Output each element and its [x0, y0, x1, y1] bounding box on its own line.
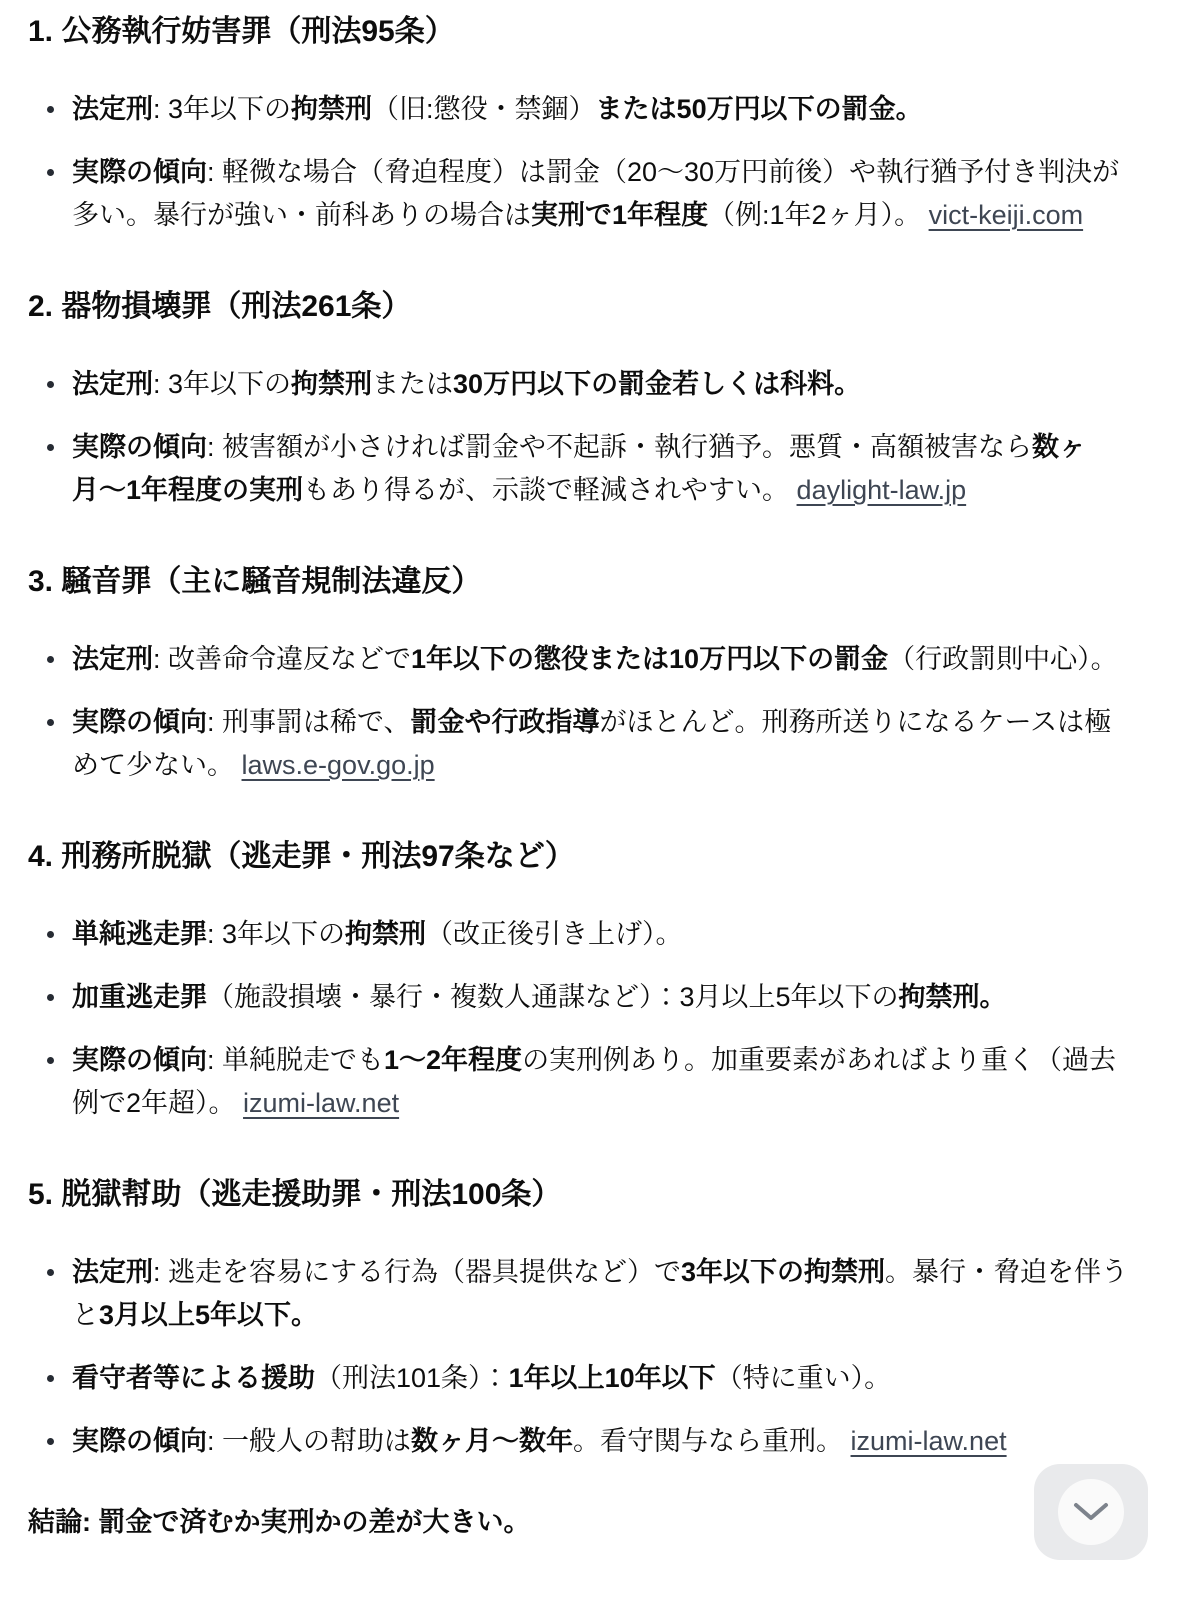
citation-link[interactable]: daylight-law.jp [797, 475, 967, 505]
citation-link[interactable]: izumi-law.net [243, 1088, 399, 1118]
list-item: 実際の傾向: 軽微な場合（脅迫程度）は罰金（20〜30万円前後）や執行猶予付き判… [28, 151, 1130, 237]
bold-text: 3年以下の拘禁刑 [681, 1257, 885, 1287]
text-run: : 逃走を容易にする行為（器具提供など）で [153, 1257, 681, 1287]
bullet-icon [28, 1039, 72, 1082]
text-run: : 単純脱走でも [207, 1045, 384, 1075]
list-item-text: 実際の傾向: 刑事罰は稀で、罰金や行政指導がほとんど。刑務所送りになるケースは極… [72, 701, 1130, 787]
list-item-text: 法定刑: 逃走を容易にする行為（器具提供など）で3年以下の拘禁刑。暴行・脅迫を伴… [72, 1251, 1130, 1337]
bold-text: 実際の傾向 [72, 1426, 207, 1456]
text-run: : 刑事罰は稀で、 [207, 707, 410, 737]
section-list: 法定刑: 3年以下の拘禁刑（旧:懲役・禁錮）または50万円以下の罰金。実際の傾向… [28, 88, 1130, 237]
text-run: （刑法101条）： [315, 1363, 509, 1393]
bold-text: 1年以下の懲役または10万円以下の罰金 [411, 644, 888, 674]
text-run: 。看守関与なら重刑。 [573, 1426, 851, 1456]
bullet-icon [28, 363, 72, 406]
text-run: （旧:懲役・禁錮） [372, 94, 596, 124]
list-item: 加重逃走罪（施設損壊・暴行・複数人通謀など）：3月以上5年以下の拘禁刑。 [28, 976, 1130, 1019]
text-run: （施設損壊・暴行・複数人通謀など）：3月以上5年以下の [207, 982, 899, 1012]
section-heading: 4. 刑務所脱獄（逃走罪・刑法97条など） [28, 837, 1130, 877]
list-item-text: 実際の傾向: 軽微な場合（脅迫程度）は罰金（20〜30万円前後）や執行猶予付き判… [72, 151, 1130, 237]
bold-text: 法定刑 [72, 644, 153, 674]
list-item: 法定刑: 3年以下の拘禁刑（旧:懲役・禁錮）または50万円以下の罰金。 [28, 88, 1130, 131]
list-item: 法定刑: 改善命令違反などで1年以下の懲役または10万円以下の罰金（行政罰則中心… [28, 638, 1130, 681]
section-heading: 2. 器物損壊罪（刑法261条） [28, 287, 1130, 327]
scroll-to-bottom-button[interactable] [1034, 1464, 1148, 1560]
list-item: 実際の傾向: 刑事罰は稀で、罰金や行政指導がほとんど。刑務所送りになるケースは極… [28, 701, 1130, 787]
list-item-text: 加重逃走罪（施設損壊・暴行・複数人通謀など）：3月以上5年以下の拘禁刑。 [72, 976, 1130, 1019]
section-list: 法定刑: 3年以下の拘禁刑または30万円以下の罰金若しくは科料。実際の傾向: 被… [28, 363, 1130, 512]
text-run: （行政罰則中心）。 [888, 644, 1118, 674]
list-item-text: 法定刑: 3年以下の拘禁刑（旧:懲役・禁錮）または50万円以下の罰金。 [72, 88, 1130, 131]
bullet-icon [28, 151, 72, 194]
text-run: : 3年以下の [207, 919, 345, 949]
section-heading: 5. 脱獄幇助（逃走援助罪・刑法100条） [28, 1175, 1130, 1215]
list-item-text: 看守者等による援助（刑法101条）：1年以上10年以下（特に重い）。 [72, 1357, 1130, 1400]
section-heading: 3. 騒音罪（主に騒音規制法違反） [28, 562, 1130, 602]
bold-text: 1年以上10年以下 [509, 1363, 716, 1393]
list-item: 実際の傾向: 一般人の幇助は数ヶ月〜数年。看守関与なら重刑。 izumi-law… [28, 1420, 1130, 1463]
bold-text: 3月以上5年以下。 [99, 1300, 318, 1330]
bullet-icon [28, 1251, 72, 1294]
text-run: : 3年以下の [153, 94, 291, 124]
section-list: 法定刑: 改善命令違反などで1年以下の懲役または10万円以下の罰金（行政罰則中心… [28, 638, 1130, 787]
bold-text: 実際の傾向 [72, 1045, 207, 1075]
bold-text: 法定刑 [72, 369, 153, 399]
chat-screen: { "page": { "background": "#ffffff", "te… [0, 0, 1178, 1601]
chevron-down-icon [1072, 1501, 1110, 1523]
text-run: : 一般人の幇助は [207, 1426, 411, 1456]
bullet-icon [28, 426, 72, 469]
section-list: 法定刑: 逃走を容易にする行為（器具提供など）で3年以下の拘禁刑。暴行・脅迫を伴… [28, 1251, 1130, 1463]
scroll-button-circle [1058, 1479, 1124, 1545]
bold-text: 法定刑 [72, 94, 153, 124]
bold-text: 罰金や行政指導 [410, 707, 599, 737]
bold-text: 拘禁刑。 [899, 982, 1007, 1012]
list-item-text: 実際の傾向: 単純脱走でも1〜2年程度の実刑例あり。加重要素があればより重く（過… [72, 1039, 1130, 1125]
bold-text: 実際の傾向 [72, 157, 207, 187]
list-item-text: 実際の傾向: 被害額が小さければ罰金や不起訴・執行猶予。悪質・高額被害なら数ヶ月… [72, 426, 1130, 512]
list-item-text: 単純逃走罪: 3年以下の拘禁刑（改正後引き上げ）。 [72, 913, 1130, 956]
bold-text: 拘禁刑 [291, 94, 372, 124]
section-list: 単純逃走罪: 3年以下の拘禁刑（改正後引き上げ）。加重逃走罪（施設損壊・暴行・複… [28, 913, 1130, 1125]
citation-link[interactable]: vict-keiji.com [929, 200, 1084, 230]
bold-text: 実際の傾向 [72, 432, 207, 462]
text-run: （例:1年2ヶ月）。 [708, 200, 929, 230]
list-item-text: 法定刑: 3年以下の拘禁刑または30万円以下の罰金若しくは科料。 [72, 363, 1130, 406]
list-item: 看守者等による援助（刑法101条）：1年以上10年以下（特に重い）。 [28, 1357, 1130, 1400]
bold-text: 加重逃走罪 [72, 982, 207, 1012]
sections-container: 1. 公務執行妨害罪（刑法95条）法定刑: 3年以下の拘禁刑（旧:懲役・禁錮）ま… [28, 12, 1130, 1463]
list-item: 法定刑: 逃走を容易にする行為（器具提供など）で3年以下の拘禁刑。暴行・脅迫を伴… [28, 1251, 1130, 1337]
text-run: : 被害額が小さければ罰金や不起訴・執行猶予。悪質・高額被害なら [207, 432, 1032, 462]
bold-text: 看守者等による援助 [72, 1363, 315, 1393]
bold-text: 単純逃走罪 [72, 919, 207, 949]
bold-text: 実際の傾向 [72, 707, 207, 737]
section-heading: 1. 公務執行妨害罪（刑法95条） [28, 12, 1130, 52]
list-item-text: 実際の傾向: 一般人の幇助は数ヶ月〜数年。看守関与なら重刑。 izumi-law… [72, 1420, 1130, 1463]
list-item: 単純逃走罪: 3年以下の拘禁刑（改正後引き上げ）。 [28, 913, 1130, 956]
bold-text: 実刑で1年程度 [531, 200, 708, 230]
bullet-icon [28, 913, 72, 956]
clipped-next-line: 結論: 罰金で済むか実刑かの差が大きい。 [28, 1501, 1130, 1544]
text-run: : 3年以下の [153, 369, 291, 399]
bold-text: 拘禁刑 [291, 369, 372, 399]
text-run: または [372, 369, 453, 399]
bold-text: 30万円以下の罰金若しくは科料。 [453, 369, 861, 399]
assistant-message: 1. 公務執行妨害罪（刑法95条）法定刑: 3年以下の拘禁刑（旧:懲役・禁錮）ま… [0, 0, 1178, 1601]
bold-text: 1〜2年程度 [384, 1045, 522, 1075]
bold-text: または50万円以下の罰金。 [596, 94, 923, 124]
bullet-icon [28, 976, 72, 1019]
bullet-icon [28, 88, 72, 131]
bold-text: 拘禁刑 [345, 919, 426, 949]
bold-text: 法定刑 [72, 1257, 153, 1287]
bold-text: 数ヶ月〜数年 [411, 1426, 573, 1456]
bullet-icon [28, 638, 72, 681]
bullet-icon [28, 1420, 72, 1463]
text-run: : 改善命令違反などで [153, 644, 411, 674]
text-run: （改正後引き上げ）。 [426, 919, 683, 949]
list-item-text: 法定刑: 改善命令違反などで1年以下の懲役または10万円以下の罰金（行政罰則中心… [72, 638, 1130, 681]
citation-link[interactable]: laws.e-gov.go.jp [242, 750, 435, 780]
list-item: 実際の傾向: 被害額が小さければ罰金や不起訴・執行猶予。悪質・高額被害なら数ヶ月… [28, 426, 1130, 512]
citation-link[interactable]: izumi-law.net [851, 1426, 1007, 1456]
text-run: （特に重い）。 [716, 1363, 892, 1393]
list-item: 実際の傾向: 単純脱走でも1〜2年程度の実刑例あり。加重要素があればより重く（過… [28, 1039, 1130, 1125]
bullet-icon [28, 701, 72, 744]
list-item: 法定刑: 3年以下の拘禁刑または30万円以下の罰金若しくは科料。 [28, 363, 1130, 406]
text-run: もあり得るが、示談で軽減されやすい。 [303, 475, 797, 505]
bullet-icon [28, 1357, 72, 1400]
